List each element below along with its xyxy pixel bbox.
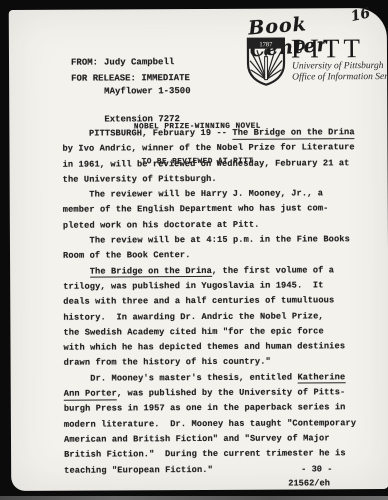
body-line: American and British Fiction" and "Surve… xyxy=(64,431,376,448)
scanner-edge xyxy=(0,496,388,500)
body-line: The Bridge on the Drina, the first volum… xyxy=(63,263,375,280)
logo-university-line: University of Pittsburgh xyxy=(292,61,384,71)
body-line: Room of the Book Center. xyxy=(63,247,375,264)
body-line: British Fiction." During the current tri… xyxy=(64,446,376,463)
body-line: in 1961, will be reviewed on Wednesday, … xyxy=(63,156,375,173)
pitt-shield-icon: 1787 xyxy=(246,37,286,87)
flame-icon xyxy=(264,48,268,56)
body-line: the University of Pittsburgh. xyxy=(63,171,375,188)
body-line: The review will be at 4:15 p.m. in the F… xyxy=(63,232,375,249)
sender-name: Judy Campbell xyxy=(104,58,174,68)
logo-office-line: Office of Information Services xyxy=(292,72,388,83)
scanned-press-release: { "annotations": { "handwritten_note": "… xyxy=(0,0,388,500)
body-line: with which he has depicted themes and hu… xyxy=(63,339,375,356)
body-line: burgh Press in 1957 as one in the paperb… xyxy=(64,400,376,417)
body-line: deals with three and a half centuries of… xyxy=(63,293,375,310)
body-line: The reviewer will be Harry J. Mooney, Jr… xyxy=(63,186,375,203)
torch-icon xyxy=(265,57,268,80)
body-line: drawn from the history of his country." xyxy=(64,355,376,372)
sender-phone: MAyflower 1-3500 xyxy=(104,87,190,97)
from-label: FROM: xyxy=(71,58,104,68)
page: Book Center 16 FROM: Judy Campbell MAyfl… xyxy=(9,8,388,491)
body-line: modern literature. Dr. Mooney has taught… xyxy=(64,416,376,433)
pitt-logo: 1787 PITT University of Pittsburgh Offic… xyxy=(246,35,388,96)
body-line: member of the English Department who has… xyxy=(63,202,375,219)
pitt-wordmark: PITT xyxy=(291,35,364,62)
body-line: pleted work on his doctorate at Pitt. xyxy=(63,217,375,234)
body-line: Dr. Mooney's master's thesis, entitled K… xyxy=(64,370,376,387)
release-line: FOR RELEASE: IMMEDIATE xyxy=(71,73,190,84)
body-line: PITTSBURGH, February 19 -- The Bridge on… xyxy=(62,125,374,142)
body-text: PITTSBURGH, February 19 -- The Bridge on… xyxy=(62,125,376,478)
body-line: Ann Porter, was published by the Univers… xyxy=(64,385,376,402)
end-mark: - 30 - xyxy=(301,464,332,474)
slug: 21562/eh xyxy=(288,478,330,488)
body-line: by Ivo Andric, winner of the Nobel Prize… xyxy=(62,140,374,157)
body-line: the Swedish Academy cited him "for the e… xyxy=(63,324,375,341)
body-line: history. In awarding Dr. Andric the Nobe… xyxy=(63,309,375,326)
body-line: trilogy, was published in Yugoslavia in … xyxy=(63,278,375,295)
shield-year: 1787 xyxy=(259,41,273,48)
